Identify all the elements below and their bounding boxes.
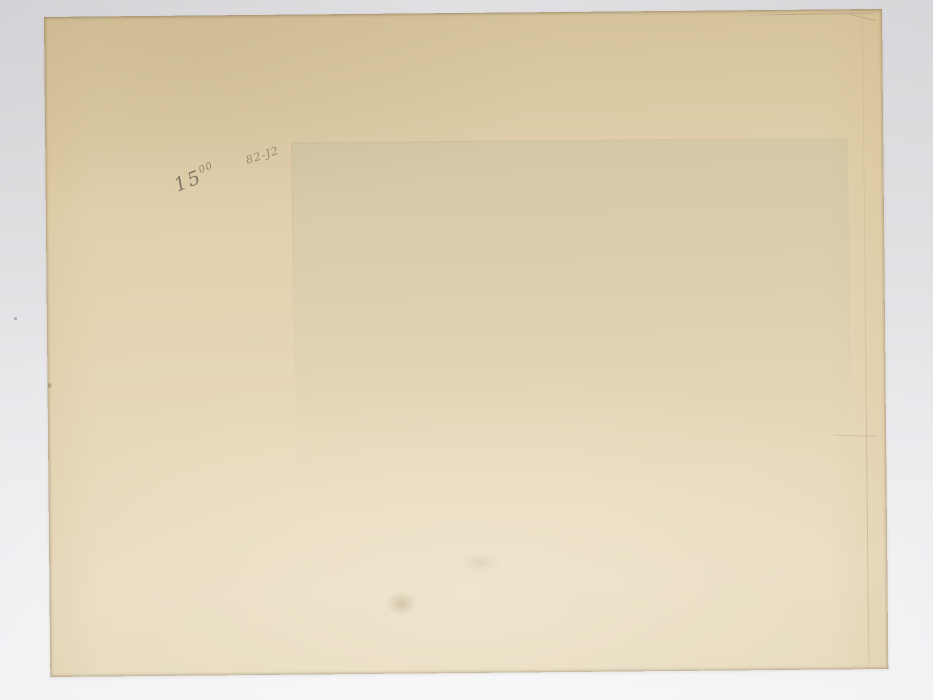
left-edge-nick [48,383,52,388]
vertical-crease [862,9,869,669]
pencil-code-inscription: 82-J2 [244,144,280,167]
dust-speck [14,317,17,320]
pencil-price-inscription: 1500 [171,160,219,196]
stain-smudge [386,591,418,615]
paper-sheet: 1500 82-J2 [44,9,888,677]
artwork-showthrough-panel [292,138,851,478]
price-superscript-text: 00 [197,160,215,176]
photo-backdrop: 1500 82-J2 [0,0,933,700]
faint-smudge [461,553,501,573]
